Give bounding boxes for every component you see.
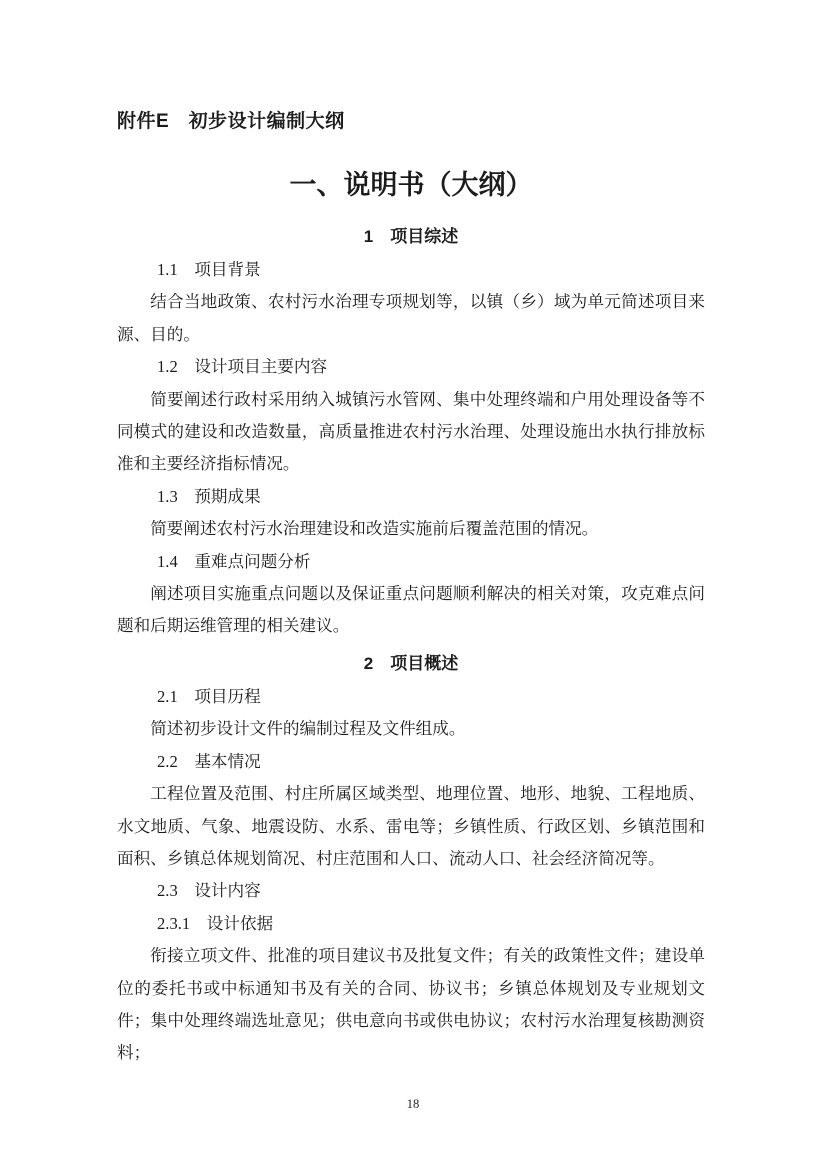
- document-body: 1 项目综述 1.1 项目背景 结合当地政策、农村污水治理专项规划等，以镇（乡）…: [117, 224, 705, 1070]
- subsection-heading-2-3: 2.3 设计内容: [117, 875, 705, 907]
- section-1-heading: 1 项目综述: [117, 224, 705, 250]
- page-number: 18: [0, 1096, 826, 1112]
- subsection-heading-2-2: 2.2 基本情况: [117, 746, 705, 778]
- paragraph-2-2: 工程位置及范围、村庄所属区域类型、地理位置、地形、地貌、工程地质、水文地质、气象…: [117, 778, 705, 875]
- paragraph-1-4: 阐述项目实施重点问题以及保证重点问题顺利解决的相关对策，攻克难点问题和后期运维管…: [117, 578, 705, 643]
- subsection-heading-1-1: 1.1 项目背景: [117, 254, 705, 286]
- paragraph-1-2: 简要阐述行政村采用纳入城镇污水管网、集中处理终端和户用处理设备等不同模式的建设和…: [117, 384, 705, 481]
- subsection-heading-1-4: 1.4 重难点问题分析: [117, 546, 705, 578]
- paragraph-2-3-1: 衔接立项文件、批准的项目建议书及批复文件；有关的政策性文件；建设单位的委托书或中…: [117, 940, 705, 1070]
- paragraph-1-1: 结合当地政策、农村污水治理专项规划等，以镇（乡）域为单元简述项目来源、目的。: [117, 286, 705, 351]
- subsection-heading-1-2: 1.2 设计项目主要内容: [117, 351, 705, 383]
- paragraph-2-1: 简述初步设计文件的编制过程及文件组成。: [117, 713, 705, 745]
- section-2-heading: 2 项目概述: [117, 651, 705, 677]
- main-title: 一、说明书（大纲）: [117, 166, 705, 204]
- paragraph-1-3: 简要阐述农村污水治理建设和改造实施前后覆盖范围的情况。: [117, 513, 705, 545]
- subsection-heading-1-3: 1.3 预期成果: [117, 481, 705, 513]
- appendix-title: 附件E 初步设计编制大纲: [117, 108, 345, 136]
- document-page: 附件E 初步设计编制大纲 一、说明书（大纲） 1 项目综述 1.1 项目背景 结…: [0, 0, 826, 1169]
- subsection-heading-2-1: 2.1 项目历程: [117, 681, 705, 713]
- subsection-heading-2-3-1: 2.3.1 设计依据: [117, 908, 705, 940]
